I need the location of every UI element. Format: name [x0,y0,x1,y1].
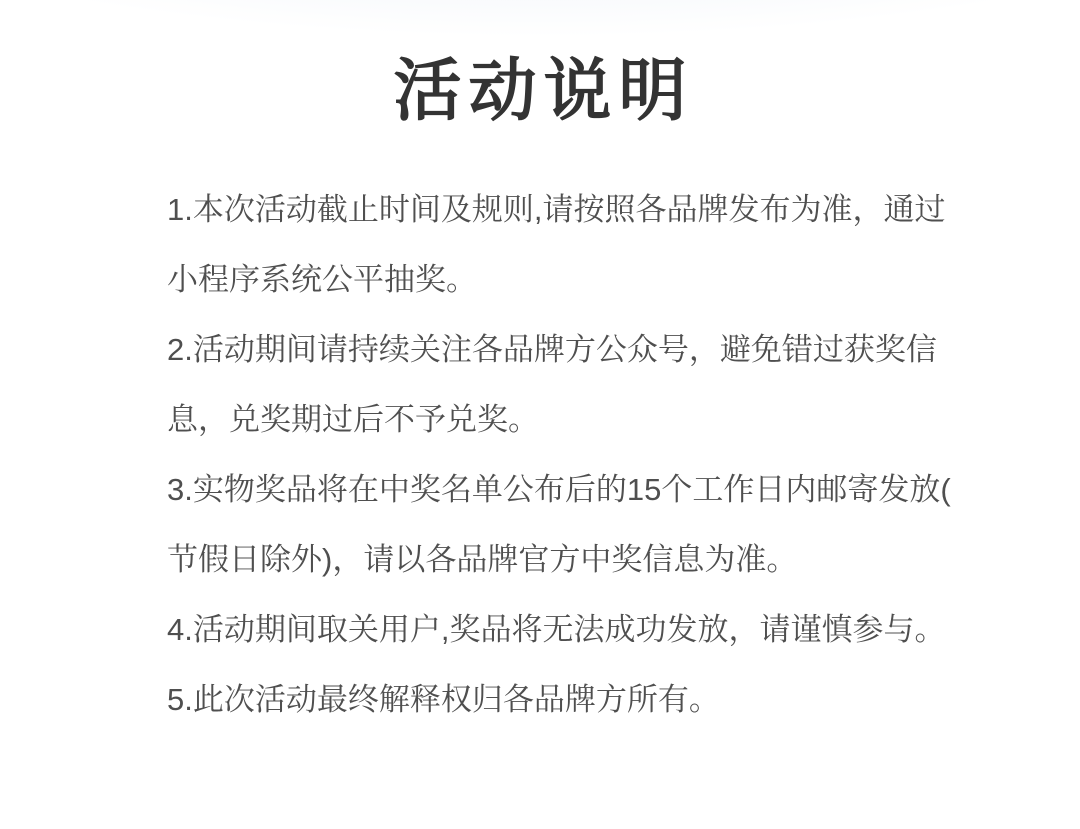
rule-line: 小程序系统公平抽奖。 [167,245,950,315]
rule-line: 节假日除外)，请以各品牌官方中奖信息为准。 [167,525,950,595]
activity-notice-page: 活动说明 1.本次活动截止时间及规则,请按照各品牌发布为准，通过 小程序系统公平… [0,0,1080,829]
rule-item-2: 2.活动期间请持续关注各品牌方公众号，避免错过获奖信 息，兑奖期过后不予兑奖。 [167,315,950,455]
rule-line: 4.活动期间取关用户,奖品将无法成功发放，请谨慎参与。 [167,595,950,665]
page-title: 活动说明 [0,56,1080,127]
top-gradient-decoration [0,0,1080,60]
rule-line: 息，兑奖期过后不予兑奖。 [167,385,950,455]
rule-line: 5.此次活动最终解释权归各品牌方所有。 [167,665,950,735]
rule-line: 1.本次活动截止时间及规则,请按照各品牌发布为准，通过 [167,175,950,245]
rule-item-3: 3.实物奖品将在中奖名单公布后的15个工作日内邮寄发放( 节假日除外)，请以各品… [167,455,950,595]
rule-item-4: 4.活动期间取关用户,奖品将无法成功发放，请谨慎参与。 [167,595,950,665]
rule-item-5: 5.此次活动最终解释权归各品牌方所有。 [167,665,950,735]
rules-list: 1.本次活动截止时间及规则,请按照各品牌发布为准，通过 小程序系统公平抽奖。 2… [167,175,950,735]
rule-item-1: 1.本次活动截止时间及规则,请按照各品牌发布为准，通过 小程序系统公平抽奖。 [167,175,950,315]
rule-line: 2.活动期间请持续关注各品牌方公众号，避免错过获奖信 [167,315,950,385]
rule-line: 3.实物奖品将在中奖名单公布后的15个工作日内邮寄发放( [167,455,950,525]
